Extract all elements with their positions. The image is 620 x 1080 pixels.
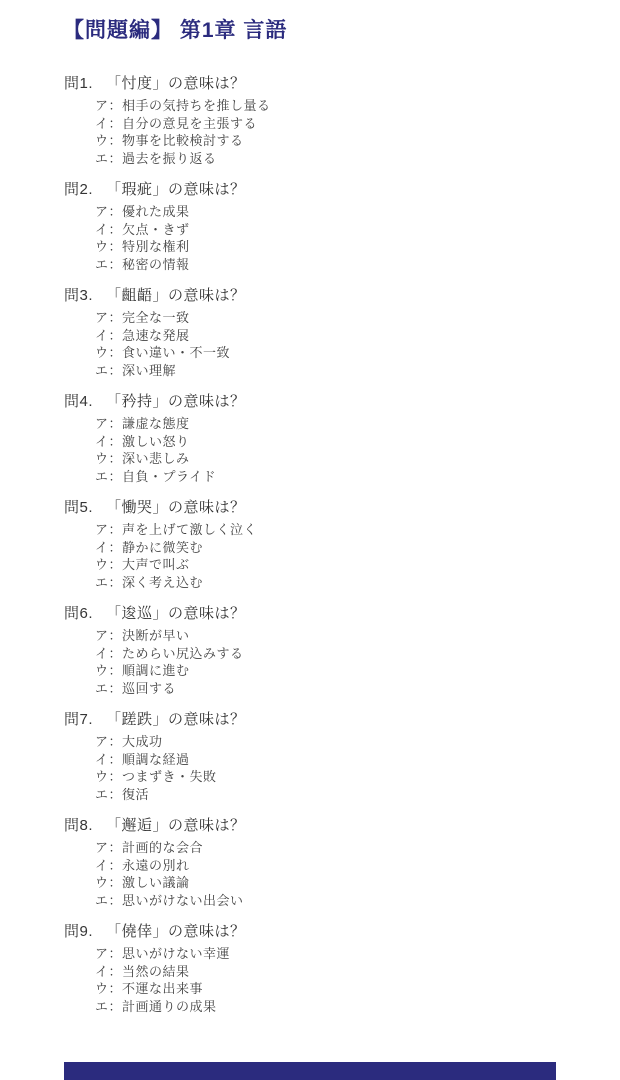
option-item: ア：大成功 — [95, 733, 590, 751]
question-list: 問1.「忖度」の意味は？ ア：相手の気持ちを推し量る イ：自分の意見を主張する … — [64, 74, 590, 1028]
option-item: エ：自負・プライド — [95, 468, 590, 486]
option-item: ア：相手の気持ちを推し量る — [95, 97, 590, 115]
question-number: 問7. — [64, 710, 93, 730]
quiz-page: 【問題編】 第1章 言語 問1.「忖度」の意味は？ ア：相手の気持ちを推し量る … — [0, 0, 620, 1080]
option-item: ウ：物事を比較検討する — [95, 132, 590, 150]
option-item: ア：計画的な会合 — [95, 839, 590, 857]
option-list: ア：優れた成果 イ：欠点・きず ウ：特別な権利 エ：秘密の情報 — [64, 203, 590, 273]
option-item: ア：声を上げて激しく泣く — [95, 521, 590, 539]
question-prompt-line: 問3.「齟齬」の意味は？ — [64, 286, 590, 306]
question-prompt-line: 問5.「慟哭」の意味は？ — [64, 498, 590, 518]
option-list: ア：声を上げて激しく泣く イ：静かに微笑む ウ：大声で叫ぶ エ：深く考え込む — [64, 521, 590, 591]
option-item: エ：深い理解 — [95, 362, 590, 380]
option-item: イ：激しい怒り — [95, 433, 590, 451]
option-list: ア：計画的な会合 イ：永遠の別れ ウ：激しい議論 エ：思いがけない出会い — [64, 839, 590, 909]
option-item: エ：過去を振り返る — [95, 150, 590, 168]
question-prompt: 「慟哭」の意味は？ — [106, 499, 246, 516]
option-item: エ：秘密の情報 — [95, 256, 590, 274]
question-prompt: 「矜持」の意味は？ — [106, 393, 246, 410]
question-prompt: 「蹉跌」の意味は？ — [106, 711, 246, 728]
question-prompt-line: 問2.「瑕疵」の意味は？ — [64, 180, 590, 200]
option-item: エ：巡回する — [95, 680, 590, 698]
question-number: 問9. — [64, 922, 93, 942]
option-item: イ：自分の意見を主張する — [95, 115, 590, 133]
question-block: 問4.「矜持」の意味は？ ア：謙虚な態度 イ：激しい怒り ウ：深い悲しみ エ：自… — [64, 392, 590, 485]
question-block: 問8.「邂逅」の意味は？ ア：計画的な会合 イ：永遠の別れ ウ：激しい議論 エ：… — [64, 816, 590, 909]
option-item: ア：完全な一致 — [95, 309, 590, 327]
option-item: ウ：不運な出来事 — [95, 980, 590, 998]
option-item: ア：思いがけない幸運 — [95, 945, 590, 963]
option-item: イ：当然の結果 — [95, 963, 590, 981]
question-block: 問1.「忖度」の意味は？ ア：相手の気持ちを推し量る イ：自分の意見を主張する … — [64, 74, 590, 167]
question-block: 問5.「慟哭」の意味は？ ア：声を上げて激しく泣く イ：静かに微笑む ウ：大声で… — [64, 498, 590, 591]
question-number: 問3. — [64, 286, 93, 306]
option-item: ア：優れた成果 — [95, 203, 590, 221]
option-item: ウ：深い悲しみ — [95, 450, 590, 468]
question-number: 問5. — [64, 498, 93, 518]
option-item: ア：決断が早い — [95, 627, 590, 645]
question-number: 問1. — [64, 74, 93, 94]
question-number: 問6. — [64, 604, 93, 624]
option-list: ア：完全な一致 イ：急速な発展 ウ：食い違い・不一致 エ：深い理解 — [64, 309, 590, 379]
question-block: 問3.「齟齬」の意味は？ ア：完全な一致 イ：急速な発展 ウ：食い違い・不一致 … — [64, 286, 590, 379]
option-item: ウ：激しい議論 — [95, 874, 590, 892]
question-block: 問2.「瑕疵」の意味は？ ア：優れた成果 イ：欠点・きず ウ：特別な権利 エ：秘… — [64, 180, 590, 273]
option-item: イ：欠点・きず — [95, 221, 590, 239]
option-item: イ：静かに微笑む — [95, 539, 590, 557]
question-prompt-line: 問7.「蹉跌」の意味は？ — [64, 710, 590, 730]
option-item: イ：急速な発展 — [95, 327, 590, 345]
option-item: ウ：大声で叫ぶ — [95, 556, 590, 574]
option-item: ウ：つまずき・失敗 — [95, 768, 590, 786]
question-prompt: 「忖度」の意味は？ — [106, 75, 246, 92]
option-list: ア：決断が早い イ：ためらい尻込みする ウ：順調に進む エ：巡回する — [64, 627, 590, 697]
question-block: 問6.「逡巡」の意味は？ ア：決断が早い イ：ためらい尻込みする ウ：順調に進む… — [64, 604, 590, 697]
option-item: エ：計画通りの成果 — [95, 998, 590, 1016]
question-prompt: 「僥倖」の意味は？ — [106, 923, 246, 940]
question-prompt-line: 問4.「矜持」の意味は？ — [64, 392, 590, 412]
question-prompt-line: 問9.「僥倖」の意味は？ — [64, 922, 590, 942]
option-item: エ：深く考え込む — [95, 574, 590, 592]
question-prompt: 「邂逅」の意味は？ — [106, 817, 246, 834]
option-list: ア：謙虚な態度 イ：激しい怒り ウ：深い悲しみ エ：自負・プライド — [64, 415, 590, 485]
question-prompt: 「逡巡」の意味は？ — [106, 605, 246, 622]
option-item: ウ：特別な権利 — [95, 238, 590, 256]
question-number: 問2. — [64, 180, 93, 200]
option-item: エ：思いがけない出会い — [95, 892, 590, 910]
question-block: 問9.「僥倖」の意味は？ ア：思いがけない幸運 イ：当然の結果 ウ：不運な出来事… — [64, 922, 590, 1015]
option-list: ア：思いがけない幸運 イ：当然の結果 ウ：不運な出来事 エ：計画通りの成果 — [64, 945, 590, 1015]
option-item: イ：永遠の別れ — [95, 857, 590, 875]
question-prompt: 「齟齬」の意味は？ — [106, 287, 246, 304]
question-prompt-line: 問8.「邂逅」の意味は？ — [64, 816, 590, 836]
next-section-divider — [64, 1062, 556, 1080]
option-item: ウ：順調に進む — [95, 662, 590, 680]
option-item: エ：復活 — [95, 786, 590, 804]
page-title: 【問題編】 第1章 言語 — [63, 16, 287, 46]
option-item: ウ：食い違い・不一致 — [95, 344, 590, 362]
option-item: イ：順調な経過 — [95, 751, 590, 769]
question-number: 問8. — [64, 816, 93, 836]
question-prompt-line: 問6.「逡巡」の意味は？ — [64, 604, 590, 624]
option-item: イ：ためらい尻込みする — [95, 645, 590, 663]
option-item: ア：謙虚な態度 — [95, 415, 590, 433]
question-number: 問4. — [64, 392, 93, 412]
option-list: ア：大成功 イ：順調な経過 ウ：つまずき・失敗 エ：復活 — [64, 733, 590, 803]
question-prompt-line: 問1.「忖度」の意味は？ — [64, 74, 590, 94]
question-prompt: 「瑕疵」の意味は？ — [106, 181, 246, 198]
question-block: 問7.「蹉跌」の意味は？ ア：大成功 イ：順調な経過 ウ：つまずき・失敗 エ：復… — [64, 710, 590, 803]
option-list: ア：相手の気持ちを推し量る イ：自分の意見を主張する ウ：物事を比較検討する エ… — [64, 97, 590, 167]
